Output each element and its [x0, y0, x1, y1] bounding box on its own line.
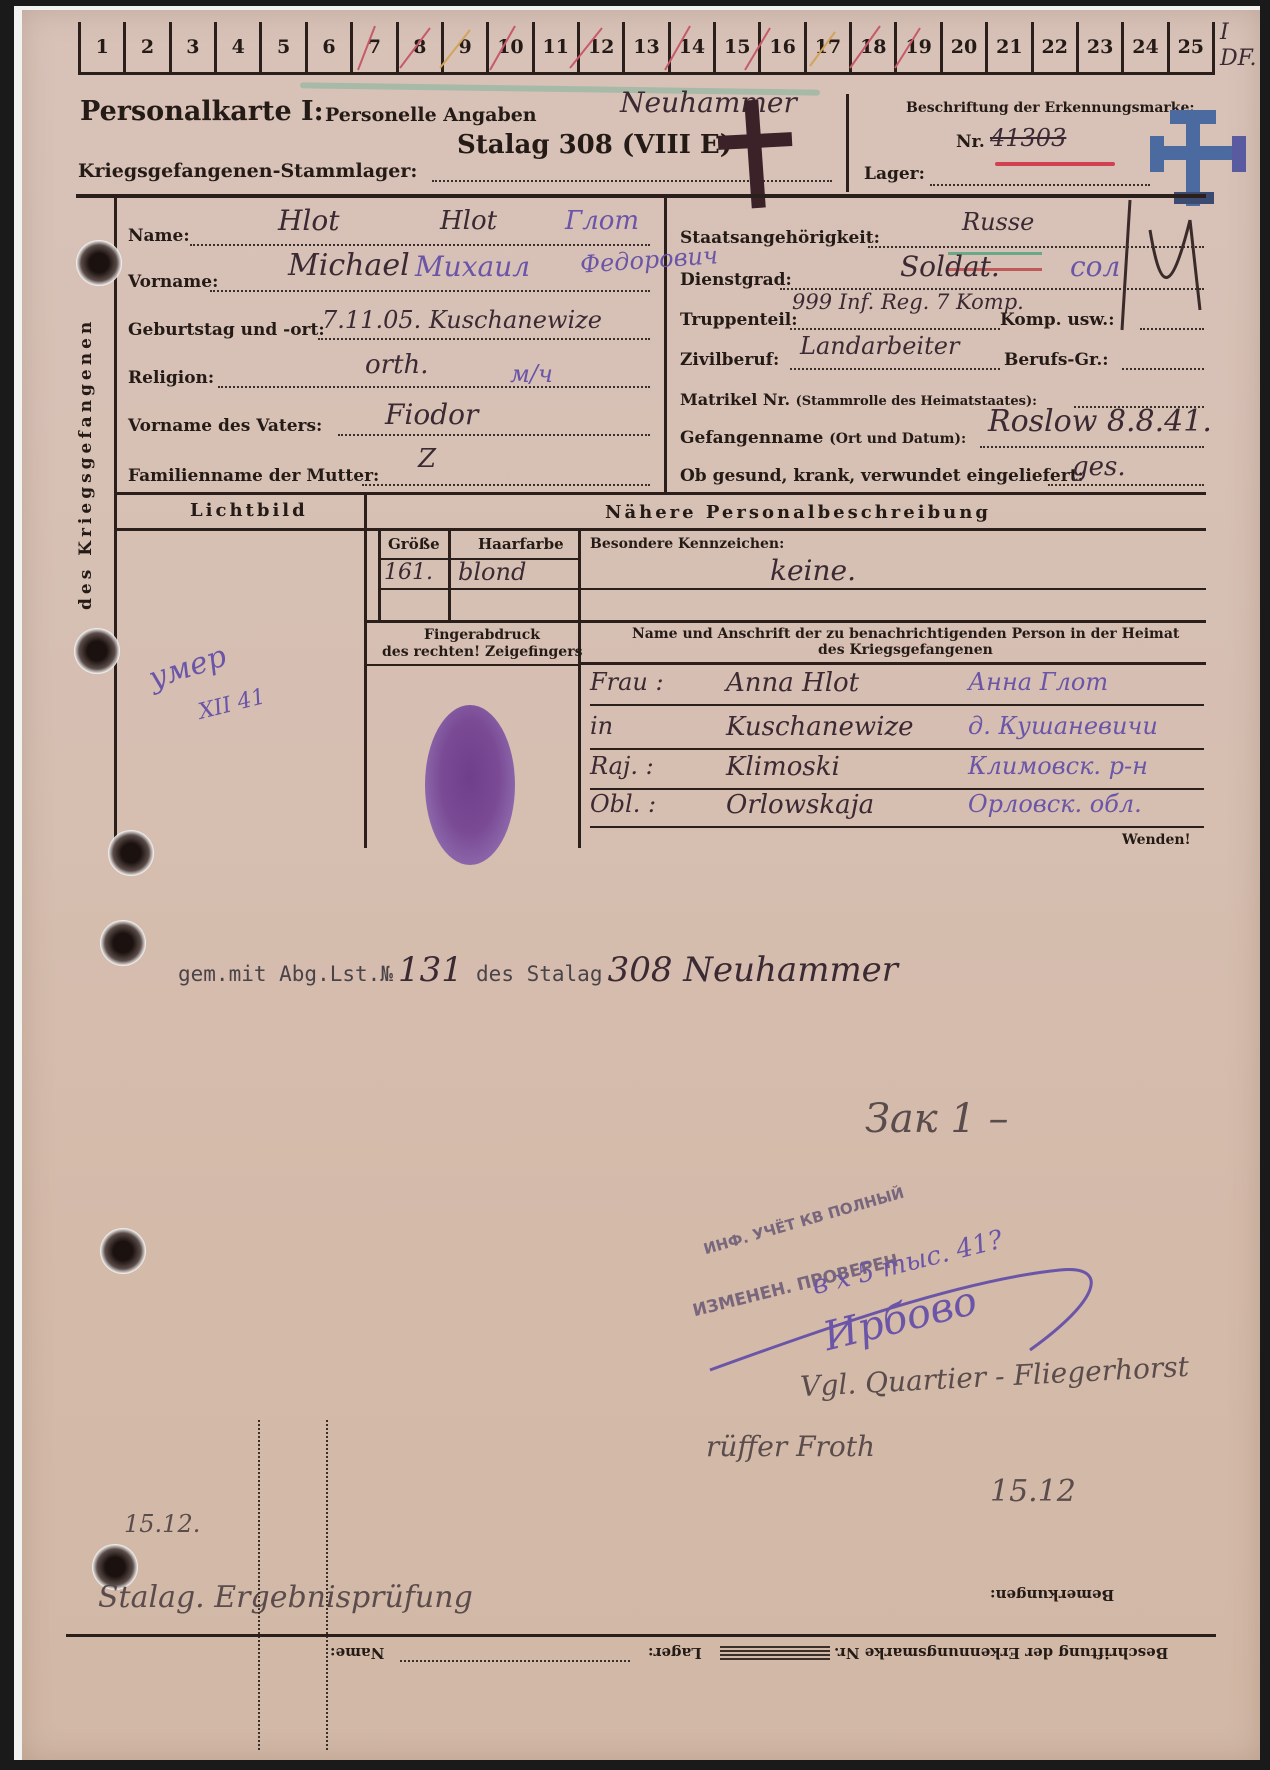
vater-value: Fiodor — [385, 398, 478, 431]
lager-label: Lager: — [864, 164, 925, 184]
punch-hole — [74, 628, 120, 674]
gesund-value: ges. — [1072, 452, 1126, 482]
stammlager-value: Stalag 308 (VIII E) — [457, 130, 732, 160]
zivilberuf-dotline — [790, 368, 1000, 370]
lager-dotline — [930, 184, 1150, 186]
berufs-dotline — [1122, 368, 1204, 370]
name-dotline — [190, 244, 650, 246]
gesund-dotline — [1048, 484, 1204, 486]
stammlager-label: Kriegsgefangenen-Stammlager: — [78, 160, 417, 182]
dienstgrad-value: Soldat. — [900, 250, 1000, 283]
contact-row-value: Klimoski — [726, 752, 840, 782]
vorname-value-ru: Михаил — [415, 250, 530, 283]
truppenteil-dotline — [790, 328, 1000, 330]
groesse-left — [378, 530, 381, 620]
zivilberuf-value: Landarbeiter — [800, 332, 959, 360]
vorname-value-1: Michael — [288, 248, 410, 283]
contact-row-value: Orlowskaja — [726, 790, 874, 820]
strip-cell-2: 2 — [126, 22, 171, 72]
contact-row-label: Raj. : — [590, 752, 654, 780]
name-value-2: Hlot — [440, 206, 497, 236]
footer-line — [66, 1634, 1216, 1637]
left-note: Stalag. Ergebnisprüfung — [98, 1580, 473, 1615]
pencil-strokes — [1100, 190, 1220, 350]
size-row-line-2 — [378, 588, 580, 590]
nr-label: Nr. — [956, 132, 985, 152]
vorname-dotline — [210, 290, 650, 292]
contact-row-ru: д. Кушаневичи — [968, 712, 1158, 740]
groesse-value: 161. — [384, 560, 433, 585]
note-zak: Зак 1 – — [865, 1096, 1009, 1142]
strip-cell-5: 5 — [262, 22, 307, 72]
finger-label-1: Fingerabdruck — [424, 627, 540, 643]
footer-name: Name: — [330, 1644, 384, 1662]
gesund-label: Ob gesund, krank, verwundet eingeliefert… — [680, 466, 1084, 486]
vater-dotline — [338, 434, 650, 436]
contact-row-value: Anna Hlot — [726, 668, 859, 698]
gefangen-label-text: Gefangenname — [680, 428, 823, 448]
religion-note: м/ч — [510, 360, 553, 388]
strip-cell-22: 22 — [1034, 22, 1079, 72]
finger-top-line — [366, 620, 1206, 623]
card-subtitle: Personelle Angaben — [325, 104, 537, 126]
contact-row-label: in — [590, 712, 613, 740]
haarfarbe-label: Haarfarbe — [478, 535, 564, 553]
berufs-label: Berufs-Gr.: — [1004, 350, 1109, 370]
staat-label: Staatsangehörigkeit: — [680, 228, 880, 248]
dienstgrad-label: Dienstgrad: — [680, 270, 792, 290]
footer-beschriftung: Beschriftung der Erkennungsmarke Nr. — [834, 1644, 1168, 1662]
matrikel-label: Matrikel Nr. (Stammrolle des Heimatstaat… — [680, 390, 1037, 409]
faint-vertical-line — [258, 1420, 262, 1750]
frame-middle — [664, 196, 667, 494]
mutter-dotline — [362, 484, 650, 486]
contact-row-line — [590, 704, 1204, 706]
frame-mid-horizontal — [116, 492, 1206, 495]
corner-mark-line2: DF. — [1220, 46, 1256, 72]
groesse-divider — [448, 530, 451, 620]
contact-header-line — [580, 662, 1206, 665]
truppenteil-value: 999 Inf. Reg. 7 Komp. — [792, 290, 1024, 314]
finger-header-line — [366, 664, 578, 666]
religion-dotline — [218, 386, 650, 388]
footer-bemerkungen: Bemerkungen: — [990, 1586, 1114, 1604]
frame-top — [76, 194, 1206, 198]
contact-row-label: Frau : — [590, 668, 664, 696]
contact-header-1: Name und Anschrift der zu benachrichtige… — [632, 626, 1179, 642]
typed-line: gem.mit Abg.Lst.№ 131 des Stalag 308 Neu… — [178, 950, 898, 990]
typed-stalag: 308 Neuhammer — [608, 950, 899, 990]
kennzeichen-value: keine. — [770, 554, 856, 587]
table-right-divider — [578, 530, 581, 848]
contact-row-ru: Климовск. р-н — [968, 752, 1148, 780]
truppenteil-label: Truppenteil: — [680, 310, 798, 330]
kennzeichen-line — [580, 588, 1206, 590]
religion-value: orth. — [365, 350, 429, 380]
contact-row-line — [590, 826, 1204, 828]
punch-hole — [76, 240, 122, 286]
typed-prefix: gem.mit Abg.Lst.№ — [178, 962, 393, 986]
geburt-label: Geburtstag und -ort: — [128, 320, 325, 340]
contact-row-ru: Орловск. обл. — [968, 790, 1142, 818]
punch-hole — [100, 920, 146, 966]
kennzeichen-label: Besondere Kennzeichen: — [590, 536, 784, 552]
vorname-label: Vorname: — [128, 272, 218, 292]
card-title: Personalkarte I: — [80, 96, 324, 127]
name-label: Name: — [128, 226, 190, 246]
finger-label-2: des rechten! Zeigefingers — [382, 644, 582, 660]
strip-cell-24: 24 — [1124, 22, 1169, 72]
zivilberuf-label: Zivilberuf: — [680, 350, 779, 370]
footer-dotline — [400, 1660, 630, 1662]
gefangen-dotline — [980, 446, 1204, 448]
left-date: 15.12. — [124, 1510, 200, 1538]
mutter-value: Z — [418, 444, 436, 474]
vertical-label: des Kriegsgefangenen — [76, 318, 96, 610]
header-divider — [846, 94, 849, 192]
groesse-label: Größe — [388, 535, 440, 553]
contact-row-ru: Анна Глот — [968, 668, 1108, 696]
lichtbild-divider — [364, 494, 367, 848]
gefangen-value: Roslow 8.8.41. — [988, 404, 1212, 439]
corner-mark-line1: I — [1220, 20, 1256, 46]
frame-left — [114, 196, 117, 848]
lichtbild-header: Lichtbild — [190, 500, 308, 521]
corner-mark: I DF. — [1220, 20, 1256, 72]
name-value-1: Hlot — [278, 204, 339, 237]
naehere-header: Nähere Personalbeschreibung — [605, 502, 991, 523]
mutter-label: Familienname der Mutter: — [128, 466, 379, 486]
religion-label: Religion: — [128, 368, 214, 388]
typed-mid: des Stalag — [476, 962, 602, 986]
note-ruffer: rüffer Froth — [706, 1430, 875, 1463]
contact-row-value: Kuschanewize — [726, 712, 914, 742]
typed-number: 131 — [398, 950, 463, 990]
punch-hole — [100, 1228, 146, 1274]
footer-lager: Lager: — [648, 1644, 702, 1662]
vater-label: Vorname des Vaters: — [128, 416, 322, 436]
gefangen-label: Gefangenname (Ort und Datum): — [680, 428, 966, 448]
fingerprint — [425, 705, 515, 865]
strip-pencil-marks — [340, 18, 960, 78]
geburt-value: 7.11.05. Kuschanewize — [322, 306, 602, 334]
name-value-ru: Глот — [565, 206, 639, 236]
faint-vertical-line — [326, 1420, 330, 1750]
strip-cell-25: 25 — [1170, 22, 1215, 72]
note-date: 15.12 — [990, 1474, 1076, 1509]
wenden-label: Wenden! — [1122, 832, 1191, 848]
komp-label: Komp. usw.: — [1000, 310, 1115, 330]
punch-hole — [108, 830, 154, 876]
matrikel-label-text: Matrikel Nr. — [680, 390, 790, 409]
contact-header-2: des Kriegsgefangenen — [818, 642, 993, 658]
footer-nr-lines — [720, 1646, 830, 1660]
gefangen-sub: (Ort und Datum): — [829, 431, 966, 447]
geburt-dotline — [318, 338, 650, 340]
strip-cell-1: 1 — [81, 22, 126, 72]
haarfarbe-value: blond — [458, 558, 526, 586]
strip-cell-3: 3 — [172, 22, 217, 72]
red-underline — [995, 162, 1115, 166]
strip-cell-4: 4 — [217, 22, 262, 72]
contact-row-label: Obl. : — [590, 790, 656, 818]
strip-cell-23: 23 — [1079, 22, 1124, 72]
strip-cell-21: 21 — [988, 22, 1033, 72]
staat-value: Russe — [962, 208, 1034, 236]
desc-header-line — [116, 528, 1206, 531]
nr-value: 41303 — [990, 124, 1066, 152]
contact-row-line — [590, 748, 1204, 750]
